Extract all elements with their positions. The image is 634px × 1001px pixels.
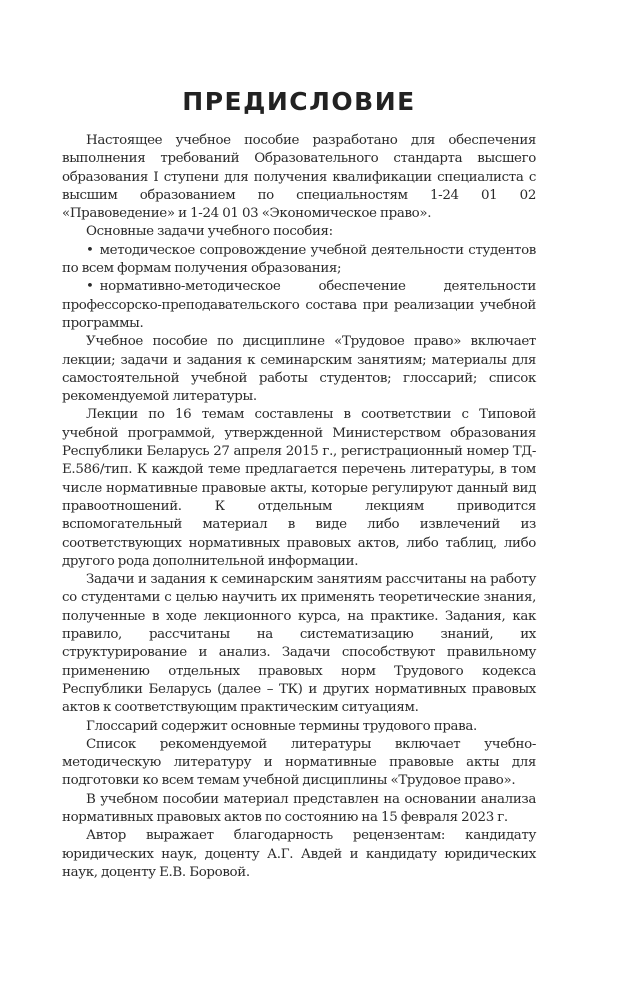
paragraph-legal-status-date: В учебном пособии материал представлен н…: [62, 791, 536, 828]
paragraph-contents: Учебное пособие по дисциплине «Трудовое …: [62, 333, 536, 406]
bullet-item-normative-support: нормативно-методическое обеспечение деят…: [62, 278, 536, 333]
paragraph-lectures: Лекции по 16 темам составлены в соответс…: [62, 406, 536, 571]
bullet-item-methodical-support: методическое сопровождение учебной деяте…: [62, 242, 536, 279]
paragraph-intro: Настоящее учебное пособие разработано дл…: [62, 132, 536, 223]
preface-body: Настоящее учебное пособие разработано дл…: [62, 132, 536, 882]
page-title: ПРЕДИСЛОВИЕ: [62, 84, 536, 120]
paragraph-seminar-tasks: Задачи и задания к семинарским занятиям …: [62, 571, 536, 717]
document-page: ПРЕДИСЛОВИЕ Настоящее учебное пособие ра…: [62, 84, 536, 882]
paragraph-glossary: Глоссарий содержит основные термины труд…: [62, 718, 536, 736]
paragraph-literature: Список рекомендуемой литературы включает…: [62, 736, 536, 791]
paragraph-tasks-heading: Основные задачи учебного пособия:: [62, 223, 536, 241]
paragraph-acknowledgements: Автор выражает благодарность рецензентам…: [62, 827, 536, 882]
